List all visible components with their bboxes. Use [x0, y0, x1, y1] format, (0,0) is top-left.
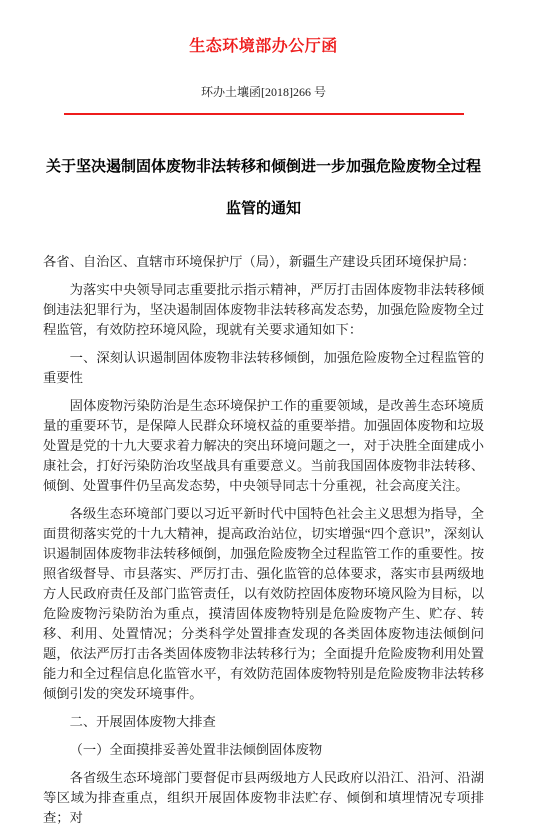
letterhead-title: 生态环境部办公厅函 [43, 36, 484, 58]
paragraph-intro: 为落实中央领导同志重要批示指示精神，严厉打击固体废物非法转移倾倒违法犯罪行为，坚… [43, 280, 484, 340]
heading-subsection-2-1: （一）全面摸排妥善处置非法倾倒固体废物 [43, 740, 484, 760]
document-title: 关于坚决遏制固体废物非法转移和倾倒进一步加强危险废物全过程 监管的通知 [43, 146, 484, 230]
salutation: 各省、自治区、直辖市环境保护厅（局），新疆生产建设兵团环境保护局： [43, 252, 484, 272]
paragraph-significance: 固体废物污染防治是生态环境保护工作的重要领域，是改善生态环境质量的重要环节，是保… [43, 396, 484, 496]
document-page: 生态环境部办公厅函 环办土壤函[2018]266 号 关于坚决遏制固体废物非法转… [0, 0, 548, 830]
document-title-line-2: 监管的通知 [43, 188, 484, 230]
heading-section-2: 二、开展固体废物大排查 [43, 712, 484, 732]
paragraph-inspection: 各省级生态环境部门要督促市县两级地方人民政府以沿江、沿河、沿湖等区域为排查重点，… [43, 768, 484, 828]
letterhead-divider [64, 113, 464, 115]
doc-number: 环办土壤函[2018]266 号 [43, 84, 484, 100]
heading-section-1: 一、深刻认识遏制固体废物非法转移倾倒，加强危险废物全过程监管的重要性 [43, 348, 484, 388]
paragraph-requirements: 各级生态环境部门要以习近平新时代中国特色社会主义思想为指导，全面贯彻落实党的十九… [43, 504, 484, 704]
document-title-line-1: 关于坚决遏制固体废物非法转移和倾倒进一步加强危险废物全过程 [43, 146, 484, 188]
